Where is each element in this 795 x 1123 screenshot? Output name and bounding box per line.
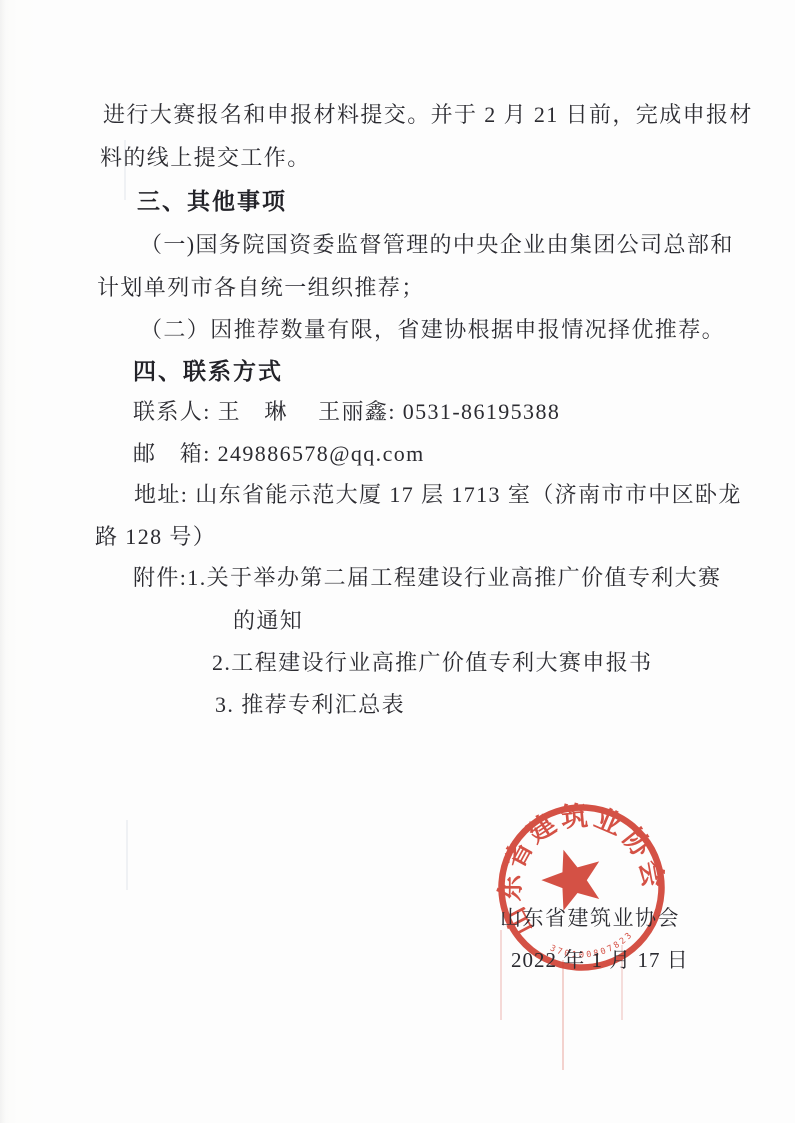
body-line: （二）因推荐数量有限，省建协根据申报情况择优推荐。 xyxy=(140,319,725,341)
contact-email-line: 邮 箱: 249886578@qq.com xyxy=(133,443,425,465)
body-line: 进行大赛报名和申报材料提交。并于 2 月 21 日前，完成申报材 xyxy=(103,104,753,126)
scanned-page: 进行大赛报名和申报材料提交。并于 2 月 21 日前，完成申报材 料的线上提交工… xyxy=(0,0,795,1123)
issuing-org-name: 山东省建筑业协会 xyxy=(500,902,680,932)
attachment-line-3: 3. 推荐专利汇总表 xyxy=(215,694,405,716)
section-heading-other-matters: 三、其他事项 xyxy=(137,190,287,213)
body-line: （一)国务院国资委监督管理的中央企业由集团公司总部和 xyxy=(140,234,734,256)
attachment-line-2: 2.工程建设行业高推广价值专利大赛申报书 xyxy=(212,652,653,674)
contact-address-line: 路 128 号） xyxy=(95,526,216,548)
section-heading-contact: 四、联系方式 xyxy=(133,360,283,383)
scan-streak xyxy=(126,820,128,890)
seal-ink-smear xyxy=(562,960,564,1070)
body-line: 料的线上提交工作。 xyxy=(100,147,311,169)
attachment-line-1-cont: 的通知 xyxy=(233,610,303,632)
seal-ink-smear xyxy=(500,930,502,1020)
body-line: 计划单列市各自统一组织推荐； xyxy=(97,277,425,299)
contact-person-line: 联系人: 王 琳 王丽鑫: 0531-86195388 xyxy=(133,401,560,423)
contact-address-line: 地址: 山东省能示范大厦 17 层 1713 室（济南市市中区卧龙 xyxy=(134,484,742,506)
attachment-line-1: 附件:1.关于举办第二届工程建设行业高推广价值专利大赛 xyxy=(133,567,721,589)
issue-date: 2022 年 1 月 17 日 xyxy=(511,944,689,974)
